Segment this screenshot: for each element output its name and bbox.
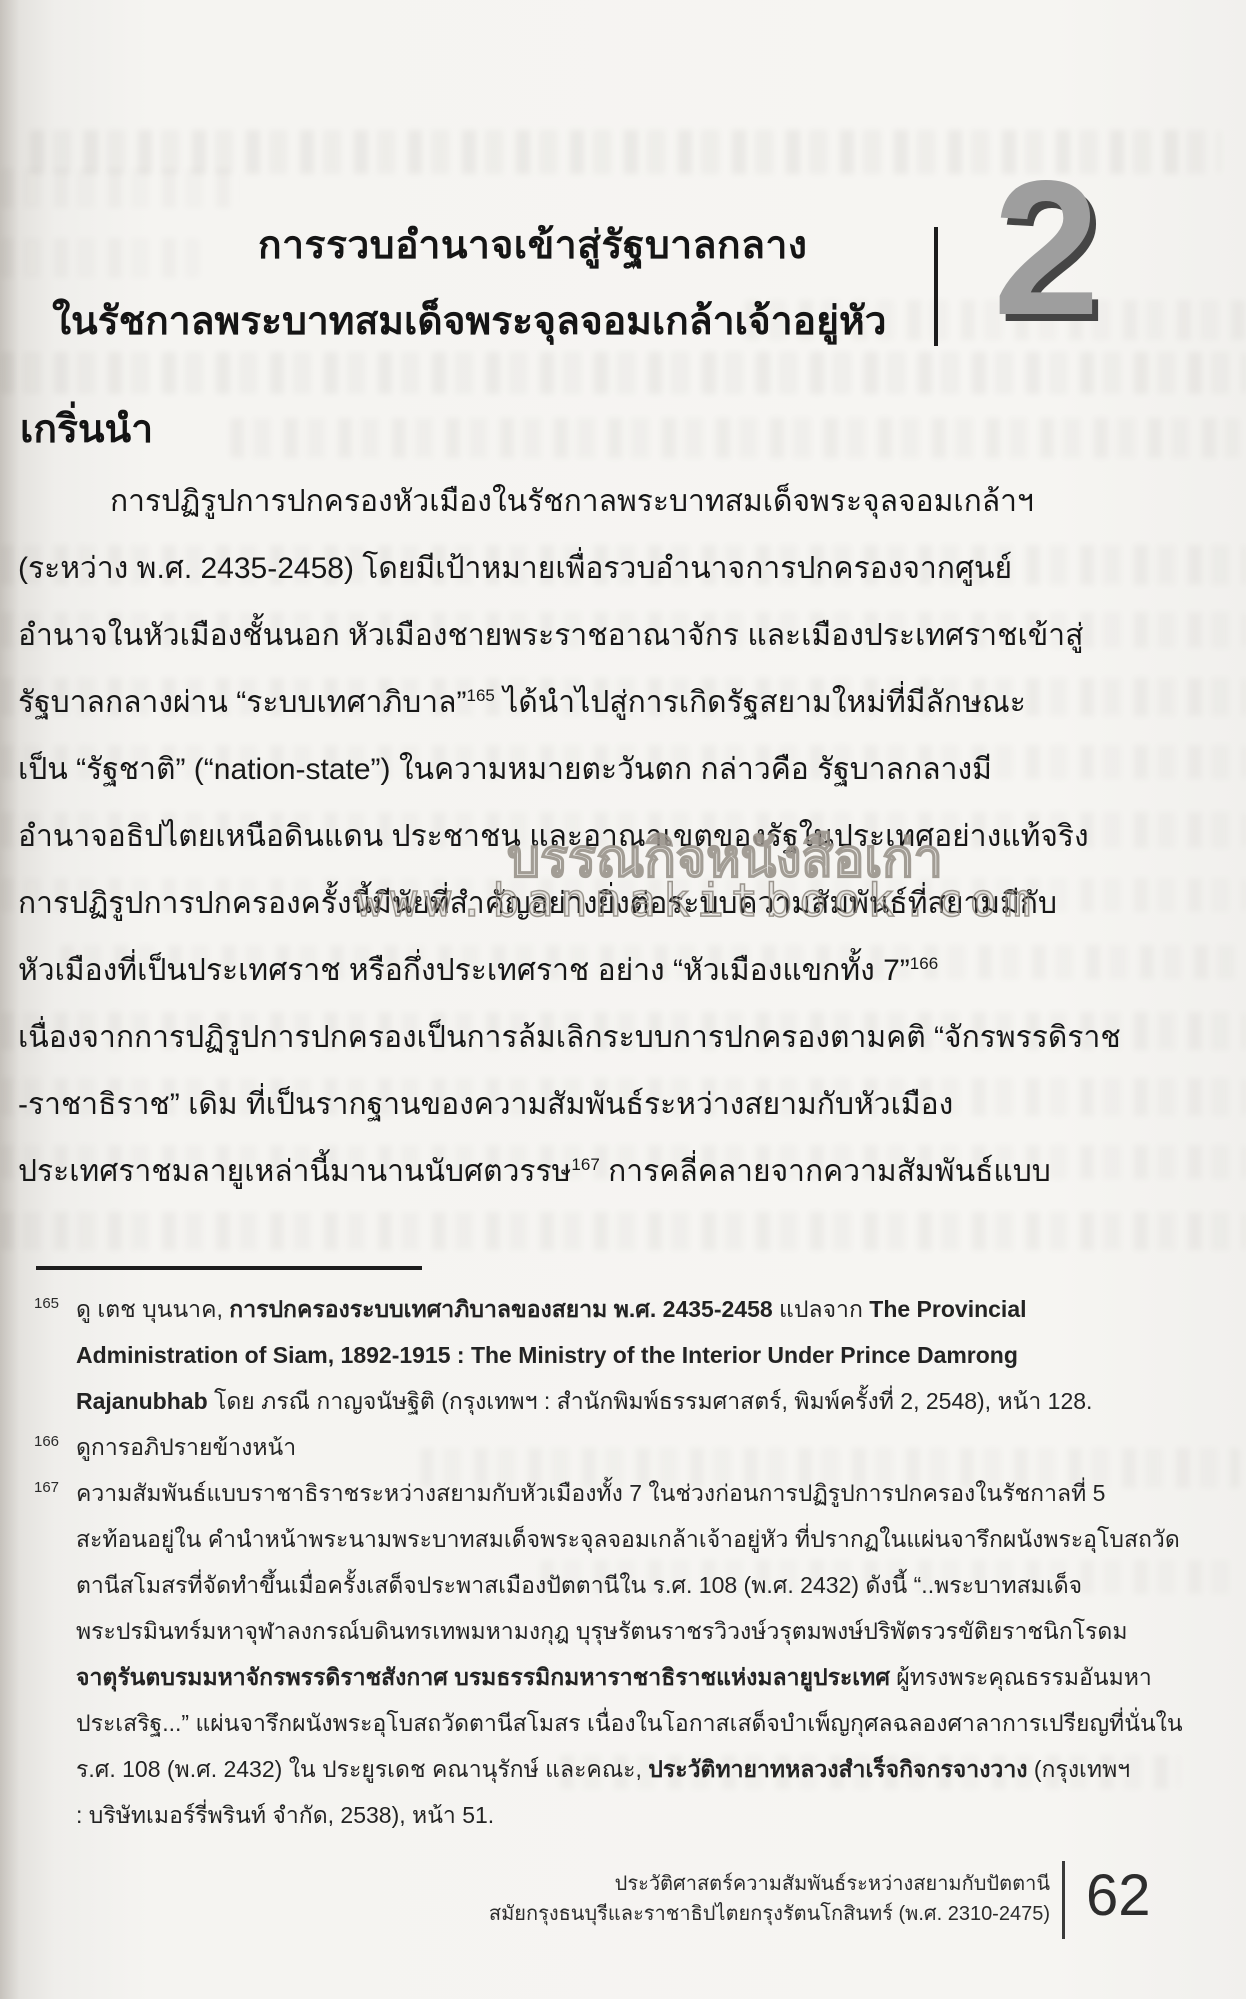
body-line: เป็น “รัฐชาติ” (“nation-state”) ในความหม… (18, 736, 1168, 803)
footnote-166: 166ดูการอภิปรายข้างหน้า (34, 1424, 1224, 1470)
body-line: อำนาจอธิปไตยเหนือดินแดน ประชาชน และอาณาเ… (18, 803, 1168, 870)
bleed-through-band (0, 168, 240, 208)
footer-divider-line (1062, 1861, 1065, 1939)
footnote-line: ดู เตช บุนนาค, การปกครองระบบเทศาภิบาลของ… (76, 1286, 1224, 1332)
footnote-line: : บริษัทเมอร์รี่พรินท์ จำกัด, 2538), หน้… (76, 1792, 1224, 1838)
footnote-line: สะท้อนอยู่ใน คำนำหน้าพระนามพระบาทสมเด็จพ… (76, 1516, 1224, 1562)
bleed-through-band (230, 418, 1240, 458)
footnote-line: Rajanubhab โดย ภรณี กาญจนัษฐิติ (กรุงเทพ… (76, 1378, 1224, 1424)
body-line: เนื่องจากการปฏิรูปการปกครองเป็นการล้มเลิ… (18, 1004, 1168, 1071)
body-line: การปฏิรูปการปกครองครั้งนี้มีนัยที่สำคัญอ… (18, 870, 1168, 937)
body-line: -ราชาธิราช” เดิม ที่เป็นรากฐานของความสัม… (18, 1071, 1168, 1138)
footnote-line: ดูการอภิปรายข้างหน้า (76, 1424, 1224, 1470)
footnote-line: Administration of Siam, 1892-1915 : The … (76, 1332, 1224, 1378)
footer-book-title-line1: ประวัติศาสตร์ความสัมพันธ์ระหว่างสยามกับป… (489, 1869, 1050, 1899)
chapter-title-line2: ในรัชกาลพระบาทสมเด็จพระจุลจอมเกล้าเจ้าอย… (52, 290, 887, 352)
body-line: อำนาจในหัวเมืองชั้นนอก หัวเมืองชายพระราช… (18, 602, 1168, 669)
bleed-through-band (0, 352, 1246, 394)
bleed-through-band (0, 238, 200, 278)
footnote-line: ความสัมพันธ์แบบราชาธิราชระหว่างสยามกับหั… (76, 1470, 1224, 1516)
footnote-number: 165 (34, 1281, 59, 1327)
footnote-line: ประเสริฐ...” แผ่นจารึกผนังพระอุโบสถวัดตา… (76, 1700, 1224, 1746)
body-line: (ระหว่าง พ.ศ. 2435-2458) โดยมีเป้าหมายเพ… (18, 535, 1168, 602)
body-line: การปฏิรูปการปกครองหัวเมืองในรัชกาลพระบาท… (18, 468, 1168, 535)
footnote-number: 166 (34, 1419, 59, 1465)
body-line: รัฐบาลกลางผ่าน “ระบบเทศาภิบาล”165 ได้นำไ… (18, 669, 1168, 736)
footer-book-title: ประวัติศาสตร์ความสัมพันธ์ระหว่างสยามกับป… (489, 1869, 1050, 1929)
chapter-number: 2 (993, 152, 1100, 344)
footnote-167: 167ความสัมพันธ์แบบราชาธิราชระหว่างสยามกั… (34, 1470, 1224, 1838)
footnote-line: จาตุรันตบรมมหาจักรพรรดิราชสังกาศ บรมธรรม… (76, 1654, 1224, 1700)
body-line: หัวเมืองที่เป็นประเทศราช หรือกึ่งประเทศร… (18, 937, 1168, 1004)
footnote-165: 165ดู เตช บุนนาค, การปกครองระบบเทศาภิบาล… (34, 1286, 1224, 1424)
footnotes: 165ดู เตช บุนนาค, การปกครองระบบเทศาภิบาล… (34, 1286, 1224, 1838)
footnote-number: 167 (34, 1465, 59, 1511)
page-number: 62 (1086, 1861, 1151, 1931)
chapter-divider-line (934, 227, 938, 346)
footnote-separator (36, 1266, 422, 1270)
book-page: การรวบอำนาจเข้าสู่รัฐบาลกลาง ในรัชกาลพระ… (0, 0, 1246, 1999)
footnote-line: ร.ศ. 108 (พ.ศ. 2432) ใน ประยูรเดช คณานุร… (76, 1746, 1224, 1792)
bleed-through-band (0, 1212, 1246, 1250)
section-heading: เกริ่นนำ (20, 398, 153, 460)
footnote-line: ตานีสโมสรที่จัดทำขึ้นเมื่อครั้งเสด็จประพ… (76, 1562, 1224, 1608)
body-paragraph: การปฏิรูปการปกครองหัวเมืองในรัชกาลพระบาท… (18, 468, 1168, 1205)
page-footer: ประวัติศาสตร์ความสัมพันธ์ระหว่างสยามกับป… (0, 1855, 1246, 1965)
body-line: ประเทศราชมลายูเหล่านี้มานานนับศตวรรษ167 … (18, 1138, 1168, 1205)
chapter-title-line1: การรวบอำนาจเข้าสู่รัฐบาลกลาง (258, 214, 807, 276)
footer-book-title-line2: สมัยกรุงธนบุรีและราชาธิปไตยกรุงรัตนโกสิน… (489, 1899, 1050, 1929)
footnote-line: พระปรมินทร์มหาจุฬาลงกรณ์บดินทรเทพมหามงกุ… (76, 1608, 1224, 1654)
